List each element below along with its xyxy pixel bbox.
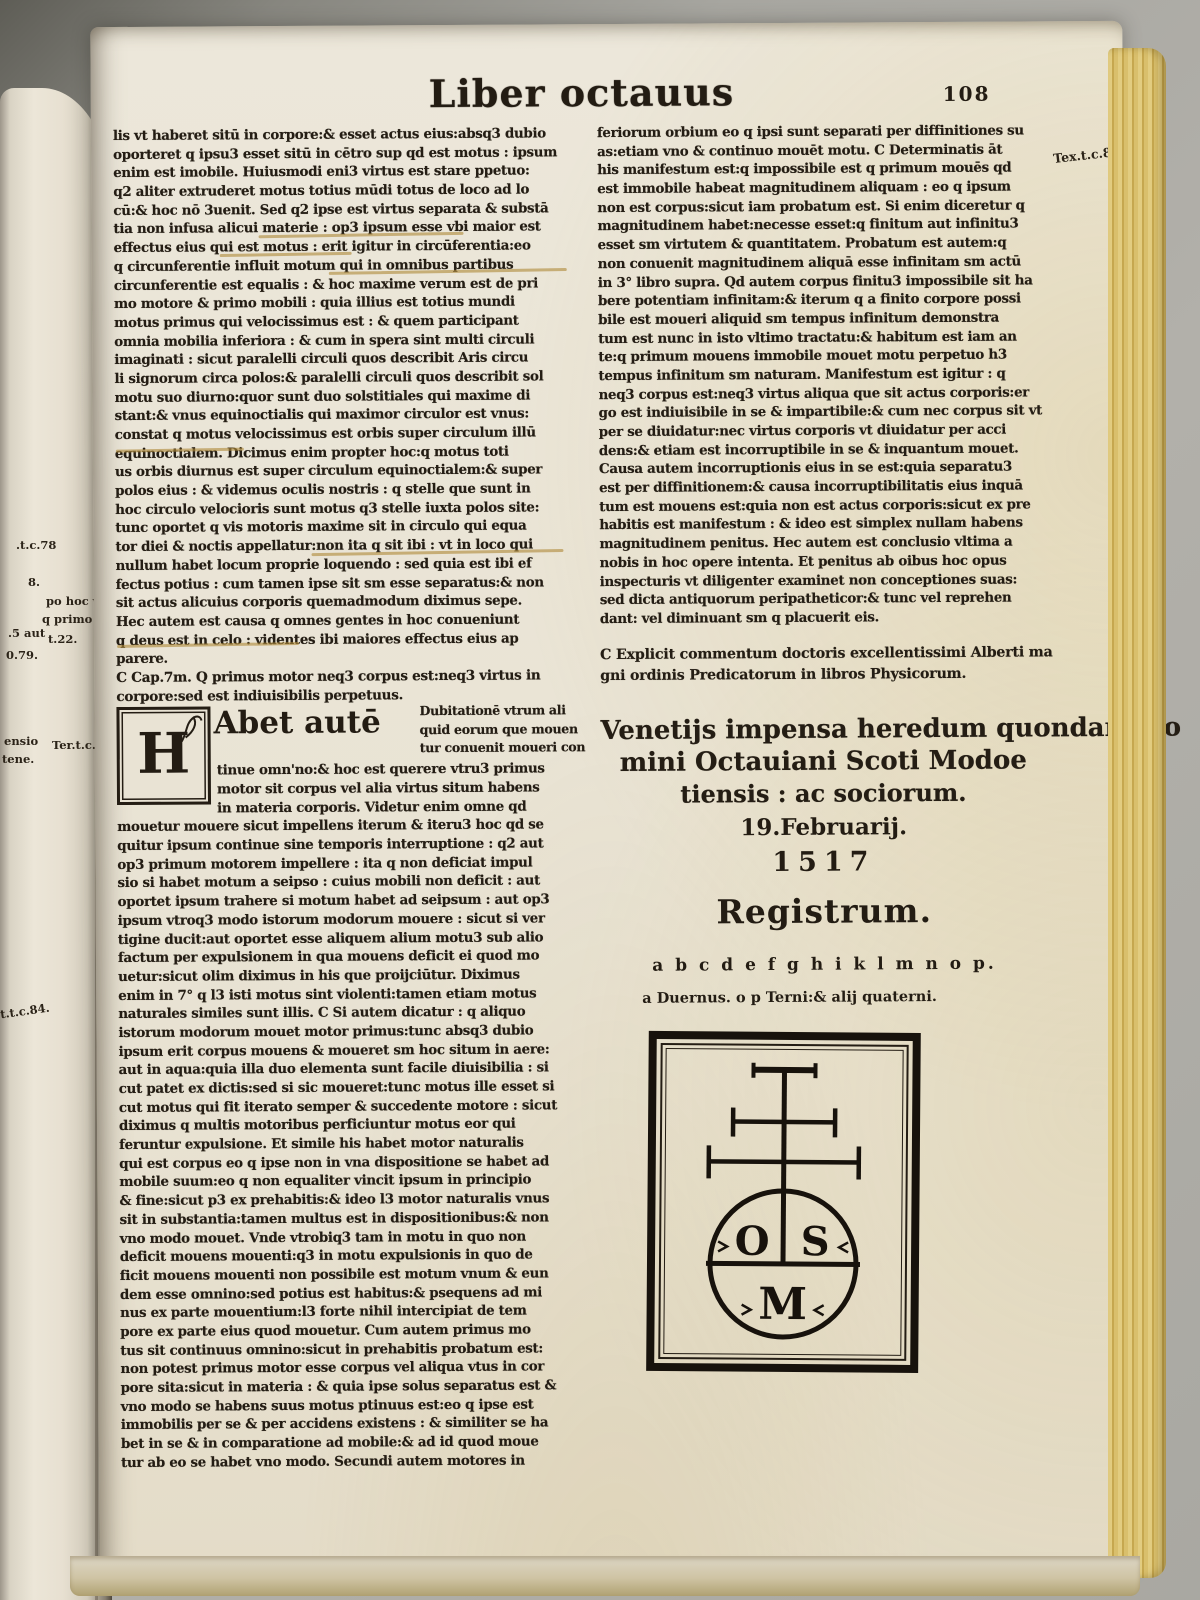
device-inner-frame: O S M bbox=[663, 1048, 903, 1356]
woodcut-initial: H bbox=[116, 707, 211, 806]
margin-note: t.22. bbox=[48, 632, 77, 646]
text-line: Dubitationē vtrum ali bbox=[419, 702, 579, 721]
text-line: gni ordinis Predicatorum in libros Physi… bbox=[600, 663, 1064, 687]
photo-backdrop: .t.c.78 8. po hoc vi q primo celi t.22. … bbox=[0, 0, 1200, 1600]
text-line: cut patet ex dictis:sed si sic moueret:t… bbox=[119, 1077, 583, 1099]
device-letter-o: O bbox=[735, 1217, 770, 1264]
text-line: q2 aliter extruderet motus totius mūdi t… bbox=[113, 180, 577, 202]
text-line: lis vt haberet sitū in corpore:& esset a… bbox=[113, 124, 577, 146]
dropcap-side-lines: Dubitationē vtrum aliquid eorum que moue… bbox=[419, 702, 579, 758]
text-line: feruntur expulsione. Et simile his habet… bbox=[119, 1133, 583, 1155]
text-line: nobis in hoc opere intenta. Et penitus a… bbox=[600, 551, 1064, 573]
text-line: Venetijs impensa heredum quondam Do bbox=[600, 712, 1045, 747]
book-fore-edge bbox=[1108, 48, 1166, 1578]
page-number: 108 bbox=[943, 82, 991, 106]
text-line: tempus infinitum sm naturam. Manifestum … bbox=[598, 364, 1062, 386]
chapter-heading: C Cap.7m. Q primus motor neq3 corpus est… bbox=[116, 666, 580, 706]
text-line: q deus est in celo : videntes ibi maiore… bbox=[116, 629, 580, 651]
imprint-colophon: Venetijs impensa heredum quondam Domini … bbox=[600, 712, 1046, 811]
text-line: quid eorum que mouen bbox=[420, 720, 580, 739]
text-line: quitur ipsum continue sine temporis inte… bbox=[117, 834, 581, 856]
text-line: istorum modorum mouet motor primus:tunc … bbox=[118, 1021, 582, 1043]
device-outer-frame: O S M bbox=[646, 1030, 921, 1372]
printer-device: O S M bbox=[646, 1030, 921, 1372]
text-line: constat q motus velocissimus est orbis s… bbox=[115, 423, 579, 445]
dropcap-block: H Abet autē Dubitationē vtrum aliquid eo… bbox=[116, 703, 580, 762]
right-body: feriorum orbium eo q ipsi sunt separati … bbox=[597, 121, 1064, 628]
book-page: Liber octauus 108 Tex.t.c.86. lis vt hab… bbox=[90, 21, 1131, 1575]
text-line: tinue omn'no:& hoc est querere vtru3 pri… bbox=[217, 759, 581, 780]
text-line: polos eius : & videmus oculis nostris : … bbox=[115, 479, 579, 501]
imprint-date: 19.Februarij. bbox=[601, 812, 1046, 842]
left-body: mouetur mouere sicut impellens iterum & … bbox=[117, 816, 585, 1473]
text-line: motus primus qui velocissimus est : & qu… bbox=[114, 311, 578, 333]
device-letter-s: S bbox=[801, 1218, 830, 1265]
text-line: nullum habet locum proprie loquendo : se… bbox=[116, 554, 580, 576]
text-line: pore ex parte eius quod mouetur. Cum aut… bbox=[120, 1320, 584, 1342]
text-line: C Cap.7m. Q primus motor neq3 corpus est… bbox=[116, 666, 580, 688]
explicit-colophon: C Explicit commentum doctoris excellenti… bbox=[600, 642, 1064, 687]
right-column: feriorum orbium eo q ipsi sunt separati … bbox=[597, 121, 1069, 1372]
text-line: est immobile habeat magnitudinem aliquam… bbox=[597, 177, 1061, 199]
margin-note: 8. bbox=[28, 575, 40, 589]
text-line: non conuenit magnitudinem aliquā esse in… bbox=[598, 252, 1062, 274]
indented-lines: tinue omn'no:& hoc est querere vtru3 pri… bbox=[217, 759, 581, 817]
text-line: C Explicit commentum doctoris excellenti… bbox=[600, 642, 1064, 666]
text-line: ipsum vtroq3 modo istorum modorum mouere… bbox=[118, 909, 582, 931]
text-line: in materia corporis. Videtur enim omne q… bbox=[217, 797, 581, 818]
margin-note: 0.79. bbox=[6, 648, 38, 662]
text-line: pore sita:sicut in materia : & quia ipse… bbox=[121, 1376, 585, 1398]
running-title: Liber octauus bbox=[429, 69, 735, 116]
text-line: tur ab eo se habet vno modo. Secundi aut… bbox=[121, 1451, 585, 1473]
device-middle-frame: O S M bbox=[658, 1043, 908, 1361]
device-letter-m: M bbox=[758, 1278, 807, 1329]
text-line: sed dicta antiquorum peripatheticor:& tu… bbox=[600, 588, 1064, 610]
margin-note: .5 aut bbox=[8, 626, 45, 640]
incipit-text: Abet autē bbox=[213, 705, 380, 742]
margin-note: tene. bbox=[2, 752, 34, 766]
text-line: ficit mouens mouenti non possibile est m… bbox=[120, 1264, 584, 1286]
text-line: bet in se & in comparatione ad mobile:& … bbox=[121, 1432, 585, 1454]
margin-note: ensio bbox=[4, 734, 38, 748]
text-line: mini Octauiani Scoti Modoe bbox=[601, 744, 1046, 779]
text-line: bile est moueri aliquid sm tempus infini… bbox=[598, 308, 1062, 330]
text-line: tiensis : ac sociorum. bbox=[601, 776, 1046, 811]
text-line: Hec autem est causa q omnes gentes in ho… bbox=[116, 610, 580, 632]
registrum-title: Registrum. bbox=[602, 890, 1047, 932]
book-bottom-edge bbox=[70, 1556, 1140, 1596]
margin-note: .t.c.78 bbox=[16, 538, 56, 552]
text-line: per se diuidatur:nec virtus corporis vt … bbox=[599, 420, 1063, 442]
imprint-year: 1517 bbox=[601, 845, 1046, 879]
text-line: feriorum orbium eo q ipsi sunt separati … bbox=[597, 121, 1061, 143]
text-line: motor sit corpus vel alia virtus situm h… bbox=[217, 778, 581, 799]
left-column: lis vt haberet sitū in corpore:& esset a… bbox=[113, 124, 585, 1472]
text-line: est per diffinitionem:& causa incorrupti… bbox=[599, 476, 1063, 498]
text-line: li signorum circa polos:& paralelli circ… bbox=[114, 367, 578, 389]
orb-and-cross-icon: O S M bbox=[666, 1051, 900, 1353]
foliage-ornament-icon bbox=[177, 714, 203, 744]
text-line: sit in substantia:tamen multus est in di… bbox=[120, 1208, 584, 1230]
text-line: uetur:sicut olim diximus in his que proi… bbox=[118, 965, 582, 987]
text-line: dant: vel diminuant sm q placuerit eis. bbox=[600, 607, 1064, 629]
registrum-note: a Duernus. o p Terni:& alij quaterni. bbox=[602, 987, 1047, 1007]
text-line: tur conuenit moueri con bbox=[420, 738, 580, 757]
registrum-alphabet: a b c d e f g h i k l m n o p. bbox=[602, 953, 1047, 976]
left-paragraph: lis vt haberet sitū in corpore:& esset a… bbox=[113, 124, 580, 669]
